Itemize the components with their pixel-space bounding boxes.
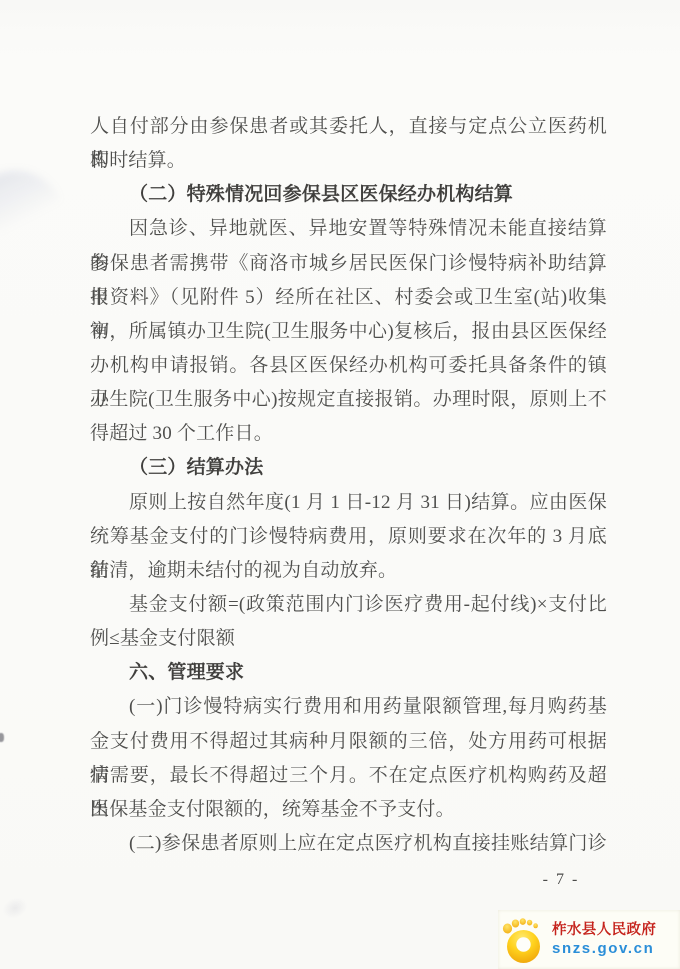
page-number: - 7 -	[531, 871, 591, 889]
doc-line: 即时结算。	[90, 144, 607, 178]
doc-line: 报资料》（见附件 5）经所在社区、村委会或卫生室(站)收集初	[90, 281, 607, 315]
doc-line: 参保患者需携带《商洛市城乡居民医保门诊慢特病补助结算申	[90, 247, 607, 281]
doc-line: 结清，逾期未结付的视为自动放弃。	[90, 554, 607, 588]
doc-line: 医保基金支付限额的，统筹基金不予支付。	[90, 793, 607, 827]
doc-line: (一)门诊慢特病实行费用和用药量限额管理,每月购药基	[90, 690, 607, 724]
gov-name: 柞水县人民政府	[552, 923, 680, 938]
section-heading: （三）结算办法	[90, 451, 607, 485]
section-heading: （二）特殊情况回参保县区医保经办机构结算	[90, 178, 607, 212]
section-heading: 六、管理要求	[90, 656, 607, 690]
doc-line: 统筹基金支付的门诊慢特病费用，原则要求在次年的 3 月底前	[90, 520, 607, 554]
document-body: 人自付部分由参保患者或其委托人，直接与定点公立医药机构 即时结算。 （二）特殊情…	[90, 110, 607, 861]
gov-website: snzs.gov.cn	[552, 941, 680, 956]
doc-line: 得超过 30 个工作日。	[90, 417, 607, 451]
scan-smudge	[0, 161, 71, 252]
doc-line: 办机构申请报销。各县区医保经办机构可委托具备条件的镇办	[90, 349, 607, 383]
doc-line: 金支付费用不得超过其病种月限额的三倍，处方用药可根据病	[90, 725, 607, 759]
doc-line: 情需要，最长不得超过三个月。不在定点医疗机构购药及超出	[90, 759, 607, 793]
doc-line: 人自付部分由参保患者或其委托人，直接与定点公立医药机构	[90, 110, 607, 144]
scan-smudge	[0, 733, 4, 742]
doc-line: 原则上按自然年度(1 月 1 日-12 月 31 日)结算。应由医保	[90, 486, 607, 520]
doc-line: 例≤基金支付限额	[90, 622, 607, 656]
doc-line: 基金支付额=(政策范围内门诊医疗费用-起付线)×支付比	[90, 588, 607, 622]
gov-watermark: 柞水县人民政府 snzs.gov.cn	[498, 910, 680, 969]
doc-line: 因急诊、异地就医、异地安置等特殊情况未能直接结算的，	[90, 212, 607, 246]
doc-line: 卫生院(卫生服务中心)按规定直接报销。办理时限，原则上不	[90, 383, 607, 417]
scanned-document-page: 人自付部分由参保患者或其委托人，直接与定点公立医药机构 即时结算。 （二）特殊情…	[0, 0, 680, 969]
gov-watermark-text: 柞水县人民政府 snzs.gov.cn	[552, 923, 680, 957]
doc-line: (二)参保患者原则上应在定点医疗机构直接挂账结算门诊	[90, 827, 607, 861]
footprint-icon	[501, 917, 546, 965]
doc-line: 审，所属镇办卫生院(卫生服务中心)复核后，报由县区医保经	[90, 315, 607, 349]
scan-smudge	[0, 893, 31, 922]
